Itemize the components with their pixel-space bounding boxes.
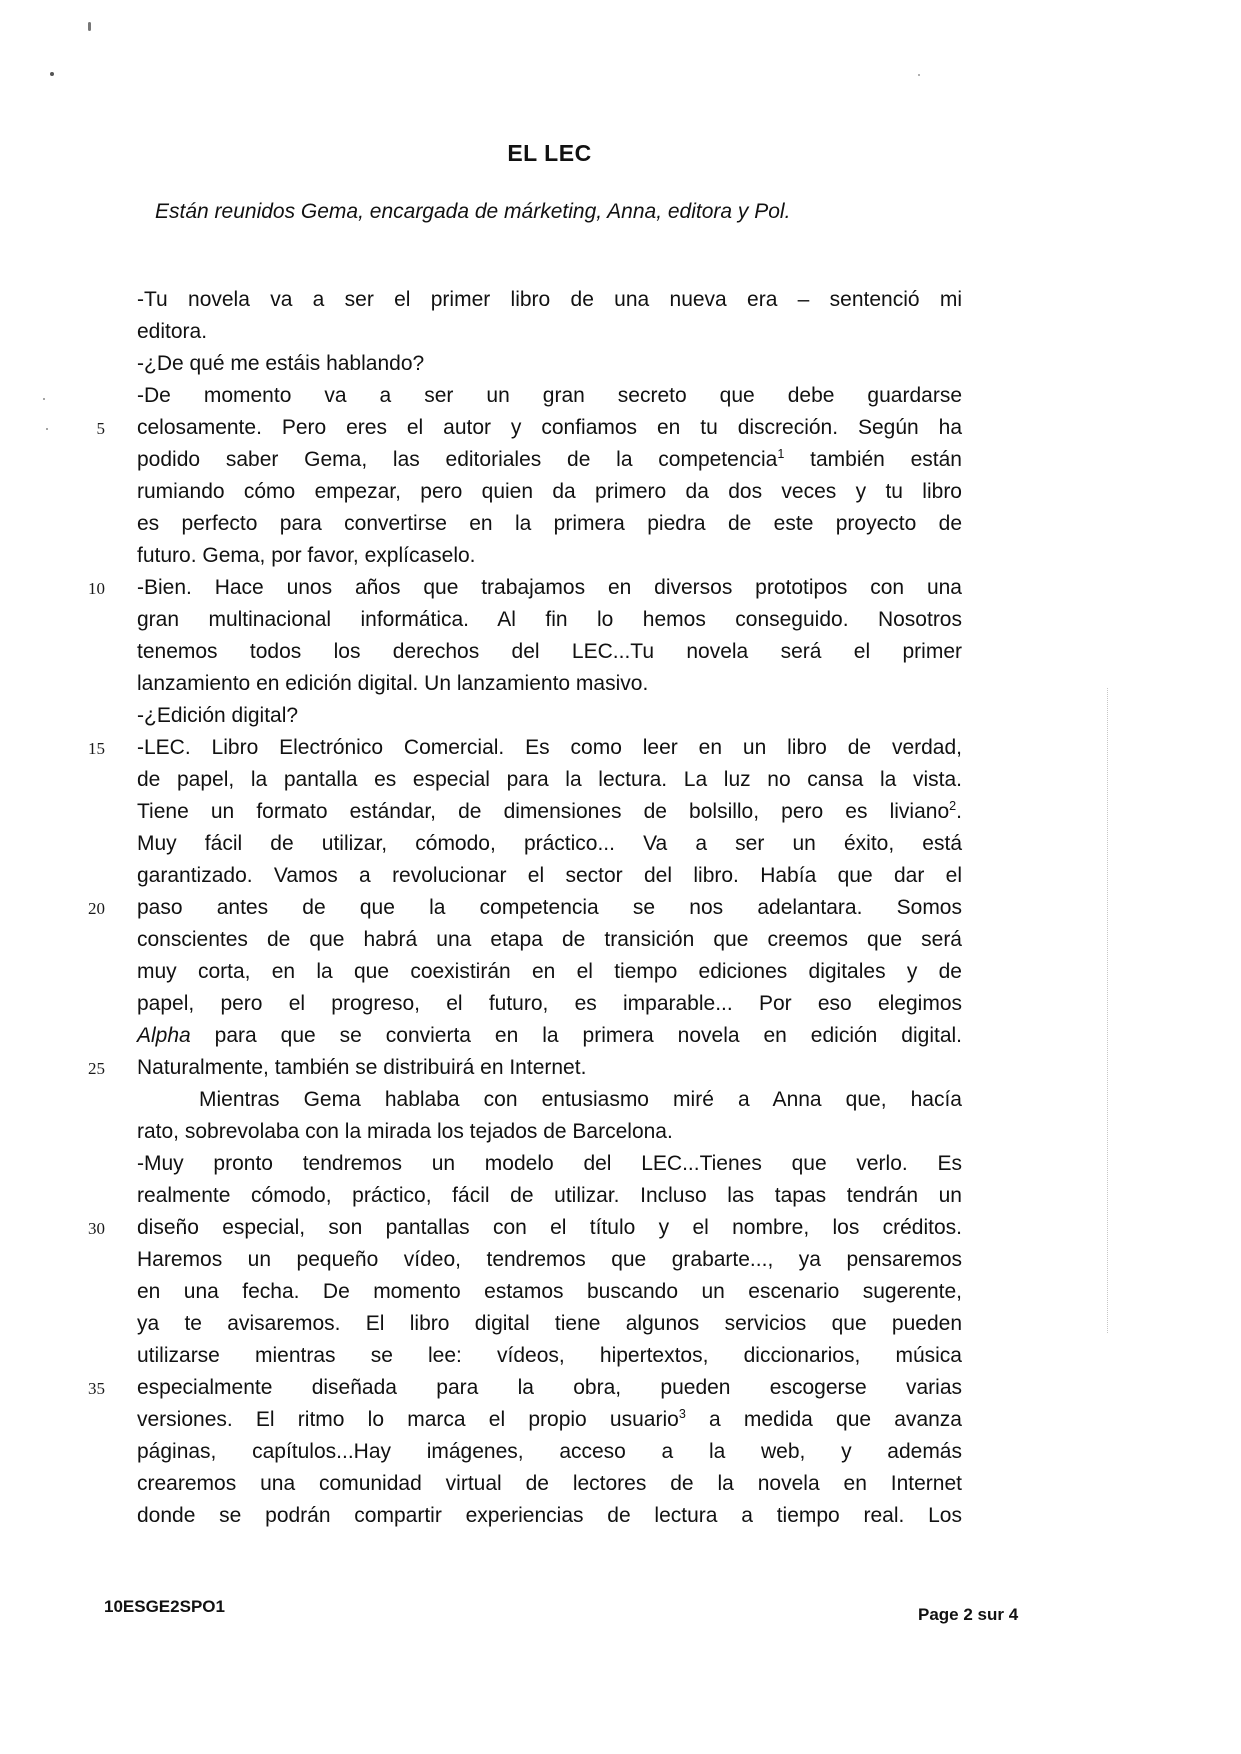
line-text: -De momento va a ser un gran secreto que…: [137, 380, 962, 412]
text-line: ya te avisaremos. El libro digital tiene…: [60, 1308, 965, 1340]
text-line: utilizarse mientras se lee: vídeos, hipe…: [60, 1340, 965, 1372]
line-text: diseño especial, son pantallas con el tí…: [137, 1212, 962, 1244]
scan-margin-artifact: [1107, 688, 1108, 1333]
text-line: Tiene un formato estándar, de dimensione…: [60, 796, 965, 828]
text-line: 5 celosamente. Pero eres el autor y conf…: [60, 412, 965, 444]
line-text: Tiene un formato estándar, de dimensione…: [137, 796, 962, 828]
scan-speckle: [918, 74, 920, 76]
scan-speckle: [50, 72, 54, 76]
text-line: 30 diseño especial, son pantallas con el…: [60, 1212, 965, 1244]
text-line: 20 paso antes de que la competencia se n…: [60, 892, 965, 924]
line-number: 10: [60, 579, 105, 599]
line-text: papel, pero el progreso, el futuro, es i…: [137, 988, 962, 1020]
line-text: Muy fácil de utilizar, cómodo, práctico.…: [137, 828, 962, 860]
line-text: realmente cómodo, práctico, fácil de uti…: [137, 1180, 962, 1212]
text-line: -¿De qué me estáis hablando?: [60, 348, 965, 380]
line-number: 20: [60, 899, 105, 919]
line-text: crearemos una comunidad virtual de lecto…: [137, 1468, 962, 1500]
line-text: muy corta, en la que coexistirán en el t…: [137, 956, 962, 988]
line-text: gran multinacional informática. Al fin l…: [137, 604, 962, 636]
text-line: versiones. El ritmo lo marca el propio u…: [60, 1404, 965, 1436]
line-number: 15: [60, 739, 105, 759]
line-text: -LEC. Libro Electrónico Comercial. Es co…: [137, 732, 962, 764]
text-line: es perfecto para convertirse en la prime…: [60, 508, 965, 540]
line-text: en una fecha. De momento estamos buscand…: [137, 1276, 962, 1308]
line-text: de papel, la pantalla es especial para l…: [137, 764, 962, 796]
line-text: especialmente diseñada para la obra, pue…: [137, 1372, 962, 1404]
line-text: -¿Edición digital?: [137, 700, 962, 732]
line-text: tenemos todos los derechos del LEC...Tu …: [137, 636, 962, 668]
line-text: paso antes de que la competencia se nos …: [137, 892, 962, 924]
text-line: de papel, la pantalla es especial para l…: [60, 764, 965, 796]
line-text: es perfecto para convertirse en la prime…: [137, 508, 962, 540]
text-line: editora.: [60, 316, 965, 348]
text-line: Alpha para que se convierta en la primer…: [60, 1020, 965, 1052]
line-text: ya te avisaremos. El libro digital tiene…: [137, 1308, 962, 1340]
scanned-document-page: EL LEC Están reunidos Gema, encargada de…: [0, 0, 1241, 1754]
line-text: celosamente. Pero eres el autor y confia…: [137, 412, 962, 444]
intro-stage-direction: Están reunidos Gema, encargada de márket…: [155, 200, 965, 224]
line-number: 25: [60, 1059, 105, 1079]
line-text: Naturalmente, también se distribuirá en …: [137, 1052, 962, 1084]
footer-page-indicator: Page 2 sur 4: [918, 1605, 1018, 1625]
line-number: 30: [60, 1219, 105, 1239]
text-line: crearemos una comunidad virtual de lecto…: [60, 1468, 965, 1500]
line-text: Alpha para que se convierta en la primer…: [137, 1020, 962, 1052]
text-line: realmente cómodo, práctico, fácil de uti…: [60, 1180, 965, 1212]
text-line: rumiando cómo empezar, pero quien da pri…: [60, 476, 965, 508]
text-line: conscientes de que habrá una etapa de tr…: [60, 924, 965, 956]
text-line: Mientras Gema hablaba con entusiasmo mir…: [60, 1084, 965, 1116]
line-text: garantizado. Vamos a revolucionar el sec…: [137, 860, 962, 892]
text-line: -¿Edición digital?: [60, 700, 965, 732]
text-line: tenemos todos los derechos del LEC...Tu …: [60, 636, 965, 668]
line-number: 35: [60, 1379, 105, 1399]
text-line: páginas, capítulos...Hay imágenes, acces…: [60, 1436, 965, 1468]
text-line: Muy fácil de utilizar, cómodo, práctico.…: [60, 828, 965, 860]
line-text: rato, sobrevolaba con la mirada los teja…: [137, 1116, 962, 1148]
text-line: gran multinacional informática. Al fin l…: [60, 604, 965, 636]
text-line: podido saber Gema, las editoriales de la…: [60, 444, 965, 476]
text-line: 35 especialmente diseñada para la obra, …: [60, 1372, 965, 1404]
text-line: 15 -LEC. Libro Electrónico Comercial. Es…: [60, 732, 965, 764]
footer-doc-code: 10ESGE2SPO1: [104, 1597, 225, 1617]
line-text: páginas, capítulos...Hay imágenes, acces…: [137, 1436, 962, 1468]
line-text: lanzamiento en edición digital. Un lanza…: [137, 668, 962, 700]
text-line: Haremos un pequeño vídeo, tendremos que …: [60, 1244, 965, 1276]
scan-speckle: [46, 428, 48, 430]
page-title: EL LEC: [137, 140, 962, 167]
line-text: -Bien. Hace unos años que trabajamos en …: [137, 572, 962, 604]
text-line: -Tu novela va a ser el primer libro de u…: [60, 284, 965, 316]
text-line: lanzamiento en edición digital. Un lanza…: [60, 668, 965, 700]
text-line: 10 -Bien. Hace unos años que trabajamos …: [60, 572, 965, 604]
text-line: muy corta, en la que coexistirán en el t…: [60, 956, 965, 988]
text-line: -De momento va a ser un gran secreto que…: [60, 380, 965, 412]
line-text: -¿De qué me estáis hablando?: [137, 348, 962, 380]
line-text: rumiando cómo empezar, pero quien da pri…: [137, 476, 962, 508]
text-line: -Muy pronto tendremos un modelo del LEC.…: [60, 1148, 965, 1180]
line-text: -Tu novela va a ser el primer libro de u…: [137, 284, 962, 316]
line-text: -Muy pronto tendremos un modelo del LEC.…: [137, 1148, 962, 1180]
scan-speckle: [43, 398, 45, 400]
line-text: podido saber Gema, las editoriales de la…: [137, 444, 962, 476]
text-line: papel, pero el progreso, el futuro, es i…: [60, 988, 965, 1020]
text-body: -Tu novela va a ser el primer libro de u…: [60, 284, 965, 1532]
text-line: futuro. Gema, por favor, explícaselo.: [60, 540, 965, 572]
text-line: garantizado. Vamos a revolucionar el sec…: [60, 860, 965, 892]
line-text: Mientras Gema hablaba con entusiasmo mir…: [137, 1084, 962, 1116]
text-line: rato, sobrevolaba con la mirada los teja…: [60, 1116, 965, 1148]
line-text: Haremos un pequeño vídeo, tendremos que …: [137, 1244, 962, 1276]
line-number: 5: [60, 419, 105, 439]
scan-speckle: [88, 22, 91, 31]
line-text: conscientes de que habrá una etapa de tr…: [137, 924, 962, 956]
text-line: en una fecha. De momento estamos buscand…: [60, 1276, 965, 1308]
text-line: 25 Naturalmente, también se distribuirá …: [60, 1052, 965, 1084]
line-text: editora.: [137, 316, 962, 348]
line-text: versiones. El ritmo lo marca el propio u…: [137, 1404, 962, 1436]
text-line: donde se podrán compartir experiencias d…: [60, 1500, 965, 1532]
line-text: donde se podrán compartir experiencias d…: [137, 1500, 962, 1532]
line-text: futuro. Gema, por favor, explícaselo.: [137, 540, 962, 572]
line-text: utilizarse mientras se lee: vídeos, hipe…: [137, 1340, 962, 1372]
